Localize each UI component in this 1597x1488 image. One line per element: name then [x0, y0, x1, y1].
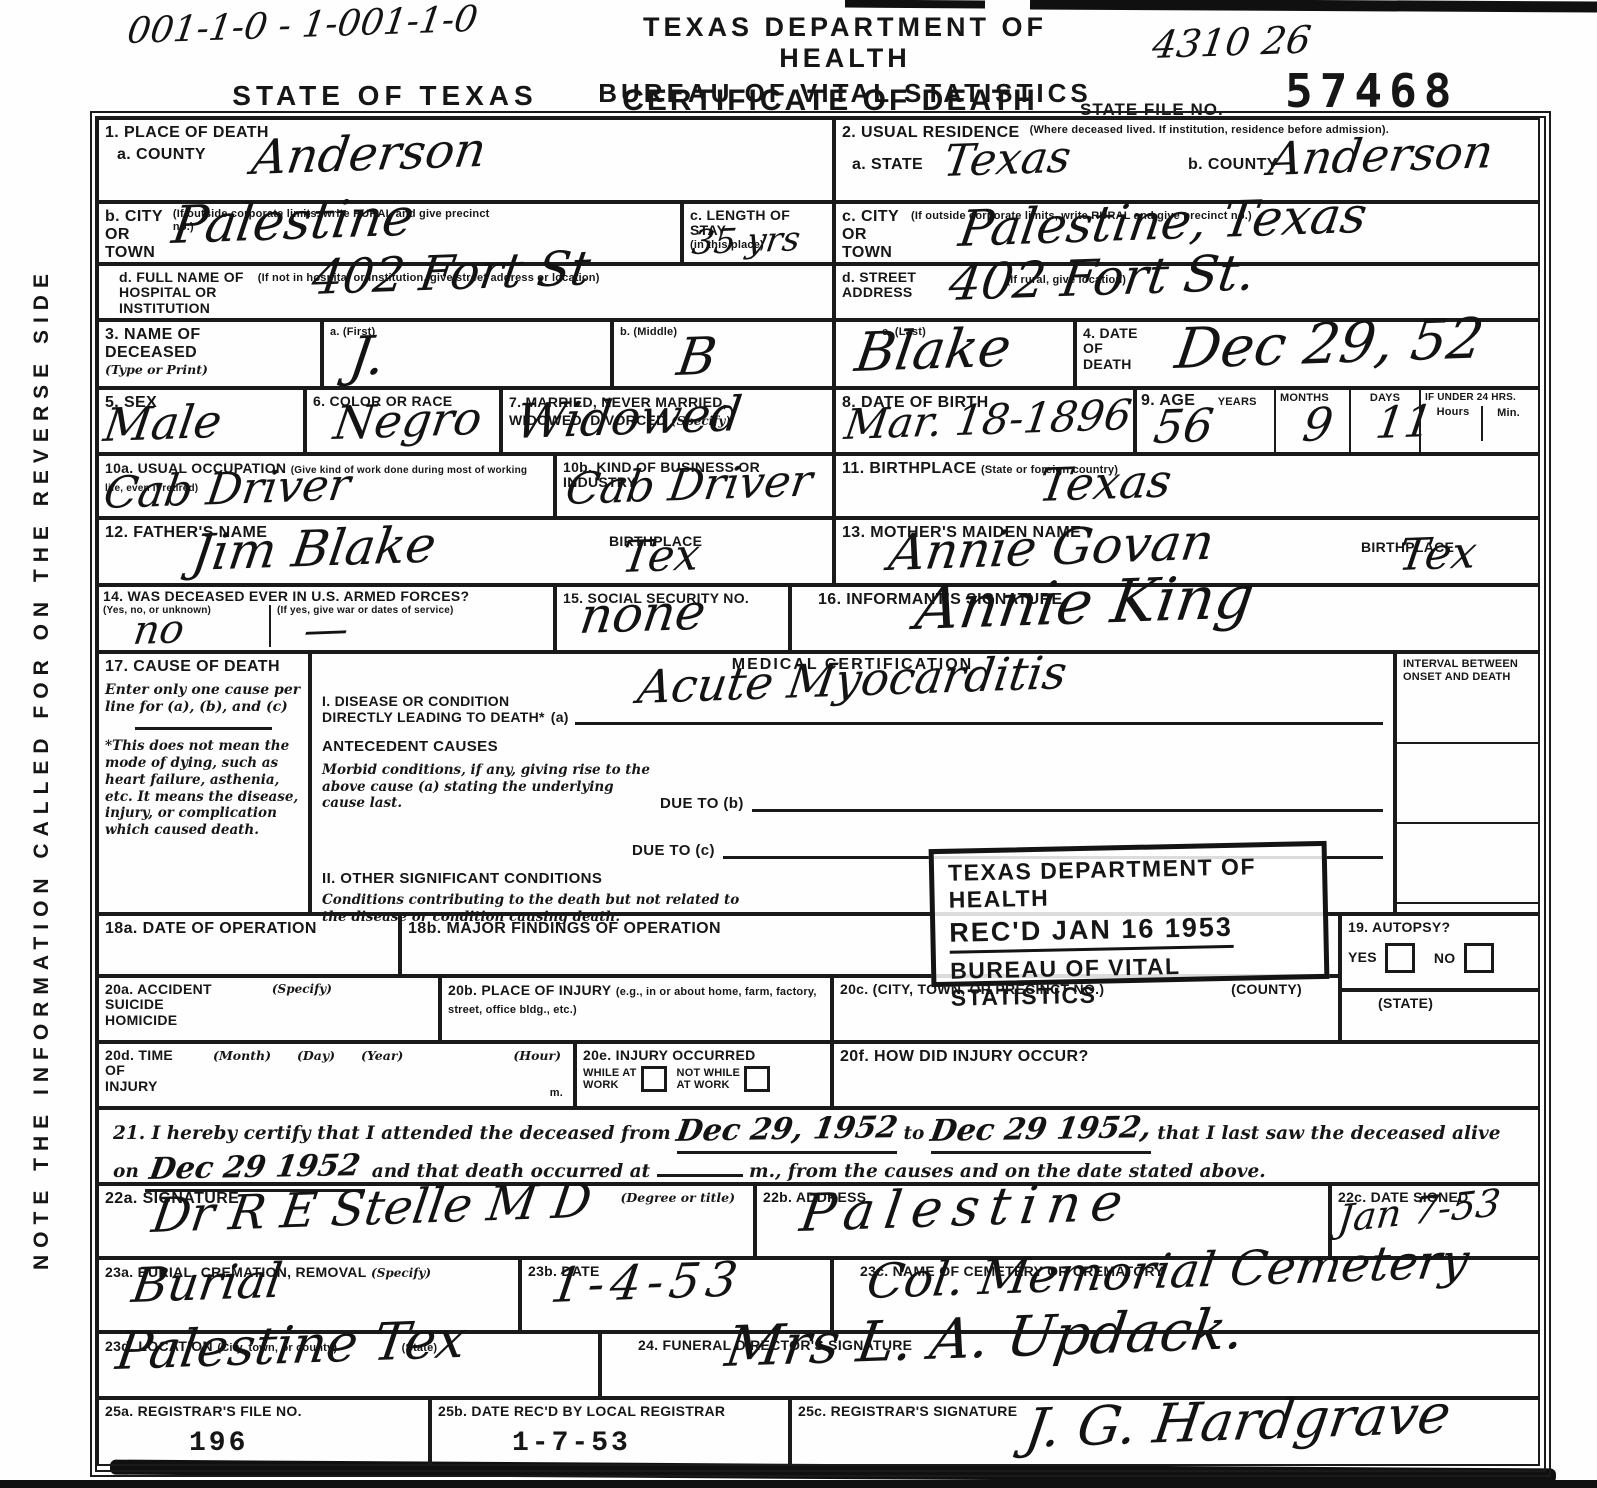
armed-value: no — [131, 610, 187, 652]
father-value: Jim Blake — [189, 520, 439, 578]
field-interval: INTERVAL BETWEEN ONSET AND DEATH — [1395, 652, 1540, 914]
field-informant: 16. INFORMANT'S SIGNATURE Annie King — [790, 585, 1540, 652]
industry-value: Cab Driver — [563, 459, 815, 512]
field-birthplace: 11. BIRTHPLACE (State or foreign country… — [834, 454, 1540, 518]
residence-street-label: d. STREET ADDRESS — [842, 270, 916, 301]
injury-notwhile-checkbox — [744, 1066, 770, 1092]
field-place-of-death: 1. PLACE OF DEATH a. COUNTY Anderson — [97, 118, 834, 202]
injury-time-label: 20d. TIME OF INJURY — [105, 1048, 173, 1094]
injury-kind-label: 20a. ACCIDENT SUICIDE HOMICIDE — [105, 982, 212, 1028]
stamp-line1: TEXAS DEPARTMENT OF HEALTH — [948, 852, 1309, 914]
field-injury-place: 20b. PLACE OF INJURY (e.g., in or about … — [440, 976, 832, 1042]
field-signature: 22a. SIGNATURE (Degree or title) Dr R E … — [97, 1184, 755, 1258]
interval-label: INTERVAL BETWEEN ONSET AND DEATH — [1403, 658, 1532, 683]
state-of-texas: STATE OF TEXAS — [225, 80, 545, 112]
injury-how-label: 20f. HOW DID INJURY OCCUR? — [840, 1048, 1532, 1066]
name-title: 3. NAME OF DECEASED — [105, 326, 314, 362]
injury-occurred-label: 20e. INJURY OCCURRED — [583, 1048, 824, 1063]
field-burial-location: 23d. LOCATION (City, town, or county) (S… — [97, 1332, 600, 1398]
scan-artifact-bottom-edge — [0, 1480, 1597, 1488]
interval-line-1 — [1397, 742, 1538, 744]
certificate-title: CERTIFICATE OF DEATH — [600, 84, 1060, 118]
field-usual-residence: 2. USUAL RESIDENCE (Where deceased lived… — [834, 118, 1540, 202]
registrar-file-value: 196 — [189, 1428, 248, 1459]
autopsy-no-checkbox — [1464, 943, 1494, 973]
place-city-value: Palestine — [169, 192, 417, 252]
due-b-label: DUE TO (b) — [660, 796, 744, 813]
birth-date-value: Mar. 18-1896 — [842, 394, 1134, 446]
field-registrar-signature: 25c. REGISTRAR'S SIGNATURE J. G. Hardgra… — [790, 1398, 1540, 1466]
burial-value: Burial — [129, 1257, 285, 1310]
field-sex: 5. SEX Male — [97, 388, 305, 454]
field-father: 12. FATHER'S NAME BIRTHPLACE Jim Blake T… — [97, 518, 834, 585]
age-under24-label: IF UNDER 24 HRS. — [1425, 392, 1534, 404]
race-value: Negro — [331, 395, 485, 446]
state-file-no-label: STATE FILE NO. — [1080, 100, 1224, 120]
address-value: Palestine — [797, 1177, 1136, 1240]
autopsy-label: 19. AUTOPSY? — [1348, 920, 1532, 935]
field-cause-left: 17. CAUSE OF DEATH Enter only one cause … — [97, 652, 310, 914]
disease-value: Acute Myocarditis — [635, 649, 1070, 710]
birthplace-label: 11. BIRTHPLACE — [842, 460, 977, 477]
residence-county-value: Anderson — [1266, 128, 1496, 182]
stamp-line3: BUREAU OF VITAL STATISTICS — [950, 950, 1311, 1012]
age-months-col: MONTHS 9 — [1274, 390, 1349, 452]
injury-while-label: WHILE AT WORK — [583, 1067, 637, 1092]
dept-line1: TEXAS DEPARTMENT OF HEALTH — [575, 12, 1115, 74]
sex-value: Male — [101, 398, 225, 448]
age-years-label: YEARS — [1218, 396, 1257, 408]
father-bp-value: Tex — [619, 533, 702, 580]
operation-date-label: 18a. DATE OF OPERATION — [105, 920, 392, 938]
field-registrar-file: 25a. REGISTRAR'S FILE NO. 196 — [97, 1398, 430, 1466]
occupation-value: Cab Driver — [101, 463, 353, 516]
state-file-no: 57468 — [1285, 64, 1458, 118]
field-name-title: 3. NAME OF DECEASED (Type or Print) — [97, 320, 322, 388]
location-value: Palestine Tex — [113, 1314, 469, 1378]
disease-line: Acute Myocarditis — [575, 682, 1383, 725]
certify-line-2: Dec 29 1952, — [931, 1116, 1151, 1154]
field-injury-occurred: 20e. INJURY OCCURRED WHILE AT WORK NOT W… — [575, 1042, 832, 1108]
signature-note: (Degree or title) — [621, 1190, 735, 1206]
antecedent-note: Morbid conditions, if any, giving rise t… — [322, 762, 652, 813]
place-county-value: Anderson — [249, 126, 489, 182]
cause-note1: Enter only one cause per line for (a), (… — [105, 682, 302, 717]
certify-hw2: Dec 29 1952, — [929, 1116, 1153, 1144]
injury-day-label: (Day) — [297, 1048, 335, 1064]
handwritten-code: 001-1-0 - 1-001-1-0 — [125, 2, 480, 50]
field-injury-how: 20f. HOW DID INJURY OCCUR? — [832, 1042, 1540, 1108]
certify-t2: to — [904, 1123, 925, 1144]
field-armed-forces: 14. WAS DECEASED EVER IN U.S. ARMED FORC… — [97, 585, 555, 652]
residence-city-label: c. CITY OR TOWN — [842, 208, 899, 262]
field-date-of-birth: 8. DATE OF BIRTH Mar. 18-1896 — [834, 388, 1135, 454]
injury-while-checkbox — [641, 1066, 667, 1092]
cause-note2: *This does not mean the mode of dying, s… — [105, 738, 302, 839]
age-days-col: DAYS 11 — [1349, 390, 1419, 452]
residence-street-value: 402 Fort St. — [946, 247, 1258, 308]
age-min-label: Min. — [1481, 406, 1534, 441]
field-registrar-date: 25b. DATE REC'D BY LOCAL REGISTRAR 1-7-5… — [430, 1398, 790, 1466]
handwritten-batch-no: 4310 26 — [1150, 21, 1313, 64]
mother-bp-value: Tex — [1396, 531, 1479, 578]
certify-hw1: Dec 29, 1952 — [675, 1116, 899, 1144]
informant-value: Annie King — [912, 567, 1258, 639]
injury-place-label: 20b. PLACE OF INJURY — [448, 982, 611, 998]
cause-label: 17. CAUSE OF DEATH — [105, 658, 302, 676]
death-date-value: Dec 29, 52 — [1172, 311, 1487, 378]
registrar-file-label: 25a. REGISTRAR'S FILE NO. — [105, 1404, 422, 1419]
residence-state-label: a. STATE — [852, 156, 923, 174]
injury-notwhile-label: NOT WHILE AT WORK — [677, 1067, 741, 1092]
field-industry: 10b. KIND OF BUSINESS OR INDUSTRY Cab Dr… — [555, 454, 834, 518]
armed-label: 14. WAS DECEASED EVER IN U.S. ARMED FORC… — [103, 589, 549, 604]
injury-year-label: (Year) — [361, 1048, 403, 1064]
death-certificate-scan: 001-1-0 - 1-001-1-0 TEXAS DEPARTMENT OF … — [0, 0, 1597, 1488]
autopsy-yes-label: YES — [1348, 950, 1377, 966]
name-last-value: Blake — [852, 321, 1014, 380]
name-title-note: (Type or Print) — [105, 362, 314, 378]
burial-note: (Specify) — [371, 1266, 431, 1280]
certify-hw3: Dec 29 1952 — [148, 1154, 362, 1182]
certify-blank-line — [657, 1156, 743, 1178]
scan-artifact-top — [845, 0, 985, 8]
armed-left: (Yes, no, or unknown) no — [103, 605, 269, 617]
residence-state-value: Texas — [941, 136, 1074, 184]
field-name-last: c. (Last) Blake — [834, 320, 1075, 388]
interval-line-3 — [1397, 902, 1538, 904]
field-age: 9. AGE YEARS 56 MONTHS 9 DAYS 11 IF UNDE… — [1135, 388, 1540, 454]
name-first-value: J. — [346, 329, 388, 384]
scan-artifact-top-right — [1030, 0, 1597, 12]
due-b-line — [752, 781, 1383, 812]
field-date-of-death: 4. DATE OF DEATH Dec 29, 52 — [1075, 320, 1540, 388]
age-under24-col: IF UNDER 24 HRS. Hours Min. — [1419, 390, 1538, 452]
injury-hour-label: (Hour) — [513, 1048, 561, 1064]
field-certification: 21. I hereby certify that I attended the… — [97, 1108, 1540, 1184]
injury-month-label: (Month) — [213, 1048, 271, 1064]
due-c-label: DUE TO (c) — [632, 843, 715, 860]
certify-t1: 21. I hereby certify that I attended the… — [113, 1123, 671, 1144]
registrar-date-label: 25b. DATE REC'D BY LOCAL REGISTRAR — [438, 1404, 782, 1419]
armed-value2: — — [301, 608, 351, 654]
signature-value: Dr R E Stelle M D — [149, 1177, 594, 1240]
residence-city-value: Palestine, Texas — [956, 190, 1370, 254]
place-city-label: b. CITY OR TOWN — [105, 208, 163, 262]
field-operation-date: 18a. DATE OF OPERATION — [97, 914, 400, 976]
hospital-label: d. FULL NAME OF HOSPITAL OR INSTITUTION — [119, 270, 244, 316]
marital-value: Widowed — [513, 390, 745, 446]
autopsy-yes-checkbox — [1385, 943, 1415, 973]
field-autopsy: 19. AUTOPSY? YES NO — [1340, 914, 1540, 990]
autopsy-no-label: NO — [1434, 950, 1456, 966]
burial-date-value: 1-4-53 — [548, 1255, 746, 1310]
cause-divider — [135, 727, 273, 730]
stay-value: 35 yrs — [690, 222, 802, 260]
field-race: 6. COLOR OR RACE Negro — [305, 388, 501, 454]
antecedent-label: ANTECEDENT CAUSES — [322, 739, 1383, 756]
registrar-signature-value: J. G. Hardgrave — [1022, 1387, 1454, 1456]
certification-text: 21. I hereby certify that I attended the… — [113, 1116, 1524, 1192]
name-middle-value: B — [674, 331, 720, 384]
field-name-middle: b. (Middle) B — [612, 320, 834, 388]
injury-state-label: (STATE) — [1378, 996, 1532, 1011]
armed-right: (If yes, give war or dates of service) — — [269, 605, 549, 647]
age-months-value: 9 — [1300, 401, 1336, 448]
age-years-col: 9. AGE YEARS 56 — [1137, 390, 1274, 452]
injury-kind-note: (Specify) — [272, 982, 332, 997]
injury-m-label: m. — [550, 1087, 563, 1100]
interval-line-2 — [1397, 822, 1538, 824]
disease-a-label: (a) — [551, 710, 569, 725]
field-injury-time: 20d. TIME OF INJURY (Month) (Day) (Year)… — [97, 1042, 575, 1108]
residence-county-label: b. COUNTY — [1188, 156, 1278, 174]
field-occupation: 10a. USUAL OCCUPATION (Give kind of work… — [97, 454, 555, 518]
age-years-value: 56 — [1151, 402, 1216, 450]
registrar-date-value: 1-7-53 — [512, 1428, 631, 1459]
field-injury-kind: 20a. ACCIDENT SUICIDE HOMICIDE (Specify) — [97, 976, 440, 1042]
birthplace-value: Texas — [1036, 457, 1175, 508]
disease-label: I. DISEASE OR CONDITION DIRECTLY LEADING… — [322, 694, 545, 725]
field-marital: 7. MARRIED, NEVER MARRIED, WIDOWED, DIVO… — [501, 388, 834, 454]
reverse-side-note: NOTE THE INFORMATION CALLED FOR ON THE R… — [30, 325, 54, 1270]
received-stamp: TEXAS DEPARTMENT OF HEALTH REC'D JAN 16 … — [929, 841, 1330, 987]
field-hospital: d. FULL NAME OF HOSPITAL OR INSTITUTION … — [97, 264, 834, 320]
hospital-value: 402 Fort St — [309, 244, 593, 302]
certify-line-1: Dec 29, 1952 — [677, 1116, 897, 1154]
field-name-first: a. (First) J. — [322, 320, 612, 388]
funeral-director-value: Mrs L. A. Updack. — [722, 1302, 1248, 1376]
name-middle-label: b. (Middle) — [620, 326, 826, 339]
field-ssn: 15. SOCIAL SECURITY NO. none — [555, 585, 790, 652]
age-hours-label: Hours — [1425, 406, 1481, 419]
field-length-of-stay: c. LENGTH OF STAY (in this place) 35 yrs — [682, 202, 834, 264]
ssn-value: none — [577, 587, 709, 641]
field-injury-state: (STATE) — [1340, 990, 1540, 1042]
stamp-line2: REC'D JAN 16 1953 — [949, 912, 1233, 954]
